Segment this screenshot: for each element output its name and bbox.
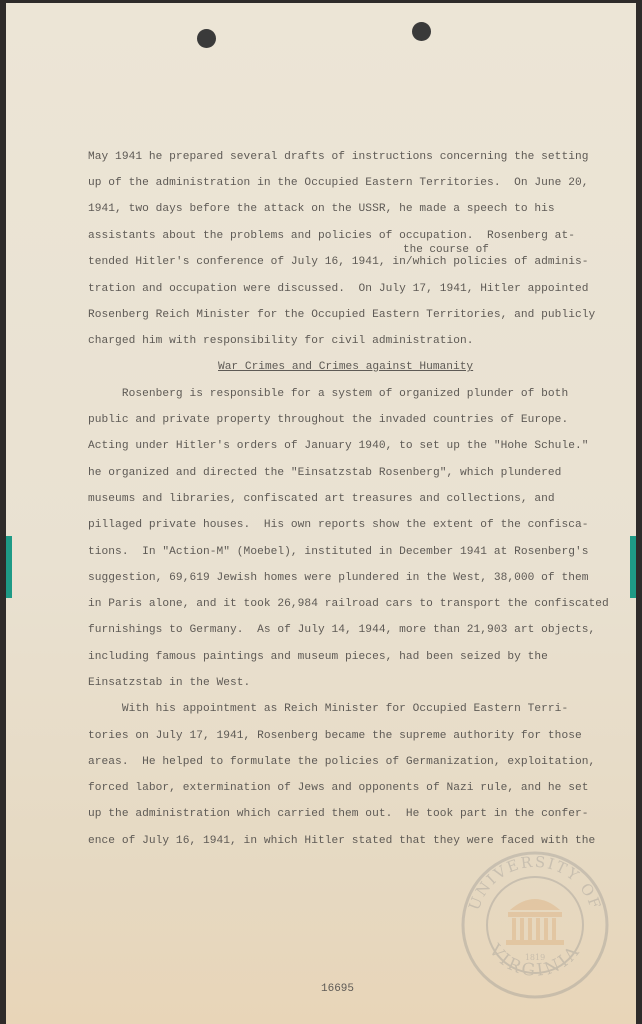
- text-line: he organized and directed the "Einsatzst…: [88, 467, 561, 479]
- text-line: forced labor, extermination of Jews and …: [88, 782, 589, 794]
- text-line: museums and libraries, confiscated art t…: [88, 493, 555, 505]
- text-line: up of the administration in the Occupied…: [88, 177, 589, 189]
- text-line: With his appointment as Reich Minister f…: [88, 703, 568, 715]
- university-seal-watermark: UNIVERSITY OF VIRGINIA 1819: [460, 850, 610, 1000]
- text-line: public and private property throughout t…: [88, 414, 568, 426]
- interlinear-insertion: the course of: [403, 244, 489, 256]
- text-line: ence of July 16, 1941, in which Hitler s…: [88, 835, 595, 847]
- text-line: in Paris alone, and it took 26,984 railr…: [88, 598, 609, 610]
- text-line: furnishings to Germany. As of July 14, 1…: [88, 624, 595, 636]
- text-line: Rosenberg is responsible for a system of…: [88, 388, 568, 400]
- text-line: tions. In "Action-M" (Moebel), institute…: [88, 546, 589, 558]
- text-line: Rosenberg Reich Minister for the Occupie…: [88, 309, 595, 321]
- text-line: up the administration which carried them…: [88, 808, 589, 820]
- punch-hole-right: [412, 22, 431, 41]
- text-line: including famous paintings and museum pi…: [88, 651, 548, 663]
- text-line: tration and occupation were discussed. O…: [88, 283, 589, 295]
- text-line: areas. He helped to formulate the polici…: [88, 756, 595, 768]
- text-line: charged him with responsibility for civi…: [88, 335, 474, 347]
- text-line: tended Hitler's conference of July 16, 1…: [88, 256, 589, 268]
- page-number: 16695: [321, 983, 354, 995]
- svg-text:1819: 1819: [525, 953, 545, 962]
- punch-hole-left: [197, 29, 216, 48]
- text-line: assistants about the problems and polici…: [88, 230, 575, 242]
- text-line: Einsatzstab in the West.: [88, 677, 250, 689]
- edge-marker-right: [630, 536, 636, 598]
- text-line: 1941, two days before the attack on the …: [88, 203, 555, 215]
- section-heading: War Crimes and Crimes against Humanity: [218, 361, 473, 373]
- text-line: suggestion, 69,619 Jewish homes were plu…: [88, 572, 589, 584]
- edge-marker-left: [6, 536, 12, 598]
- text-line: Acting under Hitler's orders of January …: [88, 440, 589, 452]
- text-line: pillaged private houses. His own reports…: [88, 519, 589, 531]
- text-line: May 1941 he prepared several drafts of i…: [88, 151, 589, 163]
- rotunda-icon: [506, 899, 564, 945]
- text-line: tories on July 17, 1941, Rosenberg becam…: [88, 730, 582, 742]
